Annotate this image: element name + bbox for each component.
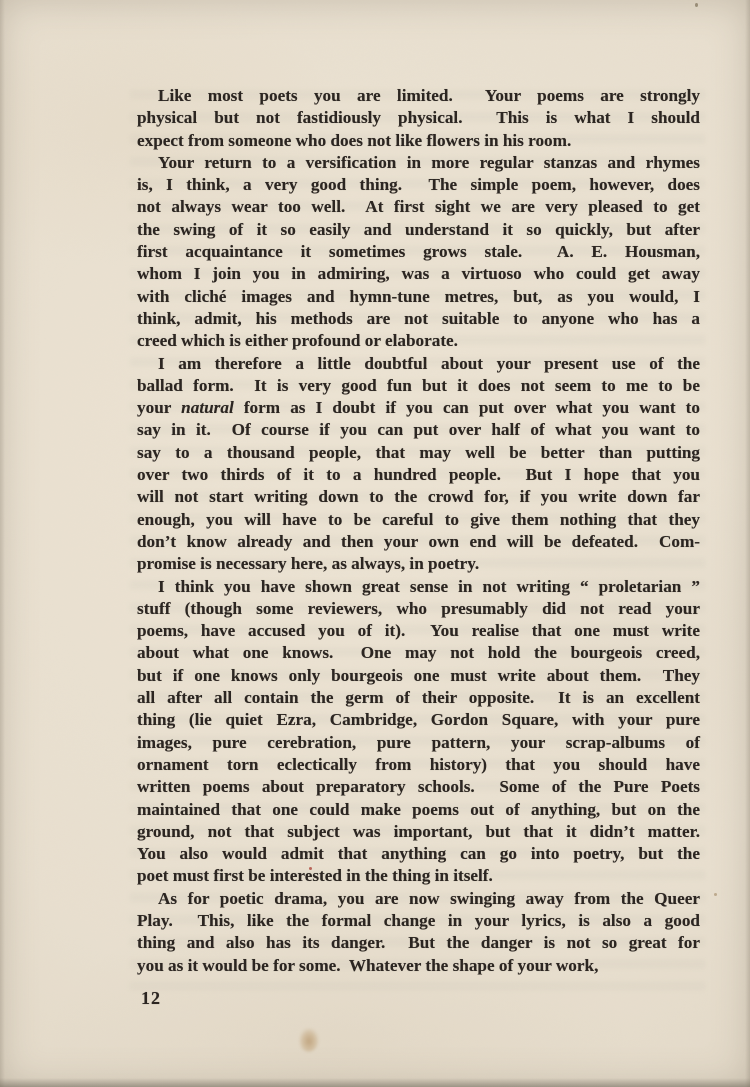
text-line: say in it. Of course if you can put over… — [137, 419, 700, 441]
text-line: you as it would be for some. Whatever th… — [137, 955, 700, 977]
text-line: poems, have accused you of it). You real… — [137, 620, 700, 642]
paragraph: Your return to a versification in more r… — [137, 152, 700, 353]
text-line: physical but not fastidiously physical. … — [137, 107, 700, 129]
text-line: Your return to a versification in more r… — [137, 152, 700, 174]
text-line: I think you have shown great sense in no… — [137, 576, 700, 598]
text-line: poet must first be interested in the thi… — [137, 865, 700, 887]
text-line: your natural form as I doubt if you can … — [137, 397, 700, 419]
text-line: thing (lie quiet Ezra, Cambridge, Gordon… — [137, 709, 700, 731]
text-line: about what one knows. One may not hold t… — [137, 642, 700, 664]
text-line: the swing of it so easily and understand… — [137, 219, 700, 241]
scan-edge-bottom — [0, 1078, 750, 1087]
page-number: 12 — [141, 988, 161, 1009]
text-line: ballad form. It is very good fun but it … — [137, 375, 700, 397]
red-speck — [309, 867, 312, 870]
text-line: written poems about preparatory schools.… — [137, 776, 700, 798]
text-line: think, admit, his methods are not suitab… — [137, 308, 700, 330]
text-line: images, pure cerebration, pure pattern, … — [137, 732, 700, 754]
paper-speck — [714, 893, 717, 896]
text-line: thing and also has its danger. But the d… — [137, 932, 700, 954]
text-line: Like most poets you are limited. Your po… — [137, 85, 700, 107]
paper-speck — [695, 3, 698, 7]
paragraph: I think you have shown great sense in no… — [137, 576, 700, 888]
paragraph: I am therefore a little doubtful about y… — [137, 353, 700, 576]
text-line: don’t know already and then your own end… — [137, 531, 700, 553]
text-line: I am therefore a little doubtful about y… — [137, 353, 700, 375]
paragraph: As for poetic drama, you are now swingin… — [137, 888, 700, 977]
text-line: will not start writing down to the crowd… — [137, 486, 700, 508]
text-line: is, I think, a very good thing. The simp… — [137, 174, 700, 196]
text-line: promise is necessary here, as always, in… — [137, 553, 700, 575]
text-line: with cliché images and hymn-tune metres,… — [137, 286, 700, 308]
text-line: not always wear too well. At first sight… — [137, 196, 700, 218]
text-line: all after all contain the germ of their … — [137, 687, 700, 709]
paragraph: Like most poets you are limited. Your po… — [137, 85, 700, 152]
text-line: whom I join you in admiring, was a virtu… — [137, 263, 700, 285]
text-line: enough, you will have to be careful to g… — [137, 509, 700, 531]
book-page-scan: Like most poets you are limited. Your po… — [0, 0, 750, 1087]
text-line: Play. This, like the formal change in yo… — [137, 910, 700, 932]
text-line: ornament torn eclectically from history)… — [137, 754, 700, 776]
text-line: say to a thousand people, that may well … — [137, 442, 700, 464]
text-line: but if one knows only bourgeois one must… — [137, 665, 700, 687]
text-line: creed which is either profound or elabor… — [137, 330, 700, 352]
text-line: expect from someone who does not like fl… — [137, 130, 700, 152]
text-block: Like most poets you are limited. Your po… — [137, 85, 700, 977]
paper-stain — [299, 1028, 319, 1052]
text-line: ground, not that subject was important, … — [137, 821, 700, 843]
text-line: stuff (though some reviewers, who presum… — [137, 598, 700, 620]
scan-edge-left — [0, 0, 5, 1087]
text-line: As for poetic drama, you are now swingin… — [137, 888, 700, 910]
scan-edge-right — [745, 0, 750, 1087]
text-line: first acquaintance it sometimes grows st… — [137, 241, 700, 263]
text-line: maintained that one could make poems out… — [137, 799, 700, 821]
text-line: You also would admit that anything can g… — [137, 843, 700, 865]
text-line: over two thirds of it to a hundred peopl… — [137, 464, 700, 486]
